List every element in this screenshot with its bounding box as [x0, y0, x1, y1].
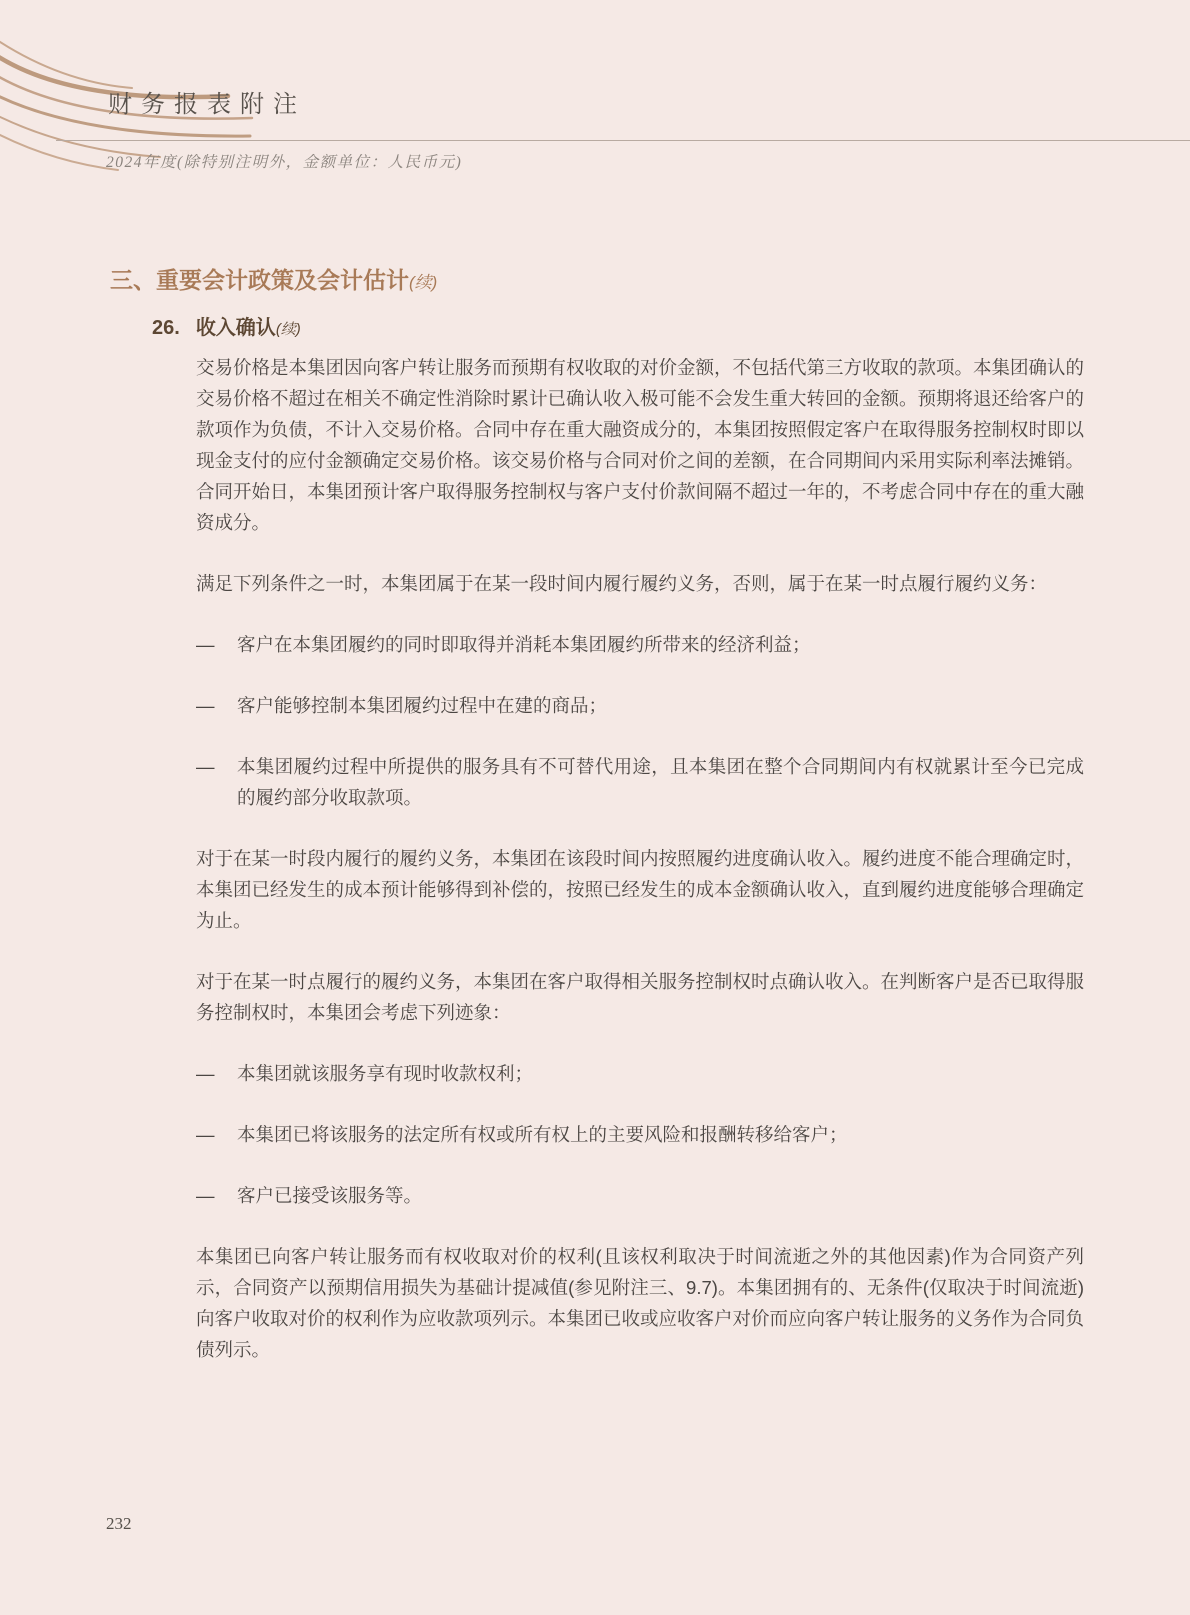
- page-title: 财务报表附注: [108, 84, 306, 119]
- subsection-number: 26.: [152, 317, 180, 339]
- list-item: — 本集团已将该服务的法定所有权或所有权上的主要风险和报酬转移给客户；: [196, 1119, 1084, 1150]
- list-item-text: 本集团履约过程中所提供的服务具有不可替代用途，且本集团在整个合同期间内有权就累计…: [237, 751, 1084, 813]
- paragraph: 本集团已向客户转让服务而有权收取对价的权利(且该权利取决于时间流逝之外的其他因素…: [196, 1241, 1084, 1365]
- body-content: 交易价格是本集团因向客户转让服务而预期有权收取的对价金额，不包括代第三方收取的款…: [196, 352, 1084, 1395]
- subsection-title: 收入确认: [196, 317, 276, 339]
- bullet-dash: —: [196, 690, 237, 721]
- bullet-dash: —: [196, 1119, 237, 1150]
- paragraph: 对于在某一时段内履行的履约义务，本集团在该段时间内按照履约进度确认收入。履约进度…: [196, 843, 1084, 936]
- bullet-dash: —: [196, 751, 237, 813]
- list-item-text: 本集团就该服务享有现时收款权利；: [237, 1058, 1084, 1089]
- bullet-dash: —: [196, 629, 237, 660]
- list-item: — 本集团履约过程中所提供的服务具有不可替代用途，且本集团在整个合同期间内有权就…: [196, 751, 1084, 813]
- section-title: 三、重要会计政策及会计估计: [110, 267, 409, 293]
- subsection-heading: 26.收入确认(续): [152, 311, 301, 340]
- list-item-text: 客户已接受该服务等。: [237, 1180, 1084, 1211]
- paragraph: 交易价格是本集团因向客户转让服务而预期有权收取的对价金额，不包括代第三方收取的款…: [196, 352, 1084, 538]
- bullet-dash: —: [196, 1180, 237, 1211]
- subsection-continued-suffix: (续): [276, 321, 301, 338]
- list-item-text: 客户在本集团履约的同时即取得并消耗本集团履约所带来的经济利益；: [237, 629, 1084, 660]
- list-item-text: 本集团已将该服务的法定所有权或所有权上的主要风险和报酬转移给客户；: [237, 1119, 1084, 1150]
- list-item: — 客户能够控制本集团履约过程中在建的商品；: [196, 690, 1084, 721]
- header-divider: [56, 140, 1190, 141]
- list-item: — 客户在本集团履约的同时即取得并消耗本集团履约所带来的经济利益；: [196, 629, 1084, 660]
- bullet-dash: —: [196, 1058, 237, 1089]
- paragraph: 对于在某一时点履行的履约义务，本集团在客户取得相关服务控制权时点确认收入。在判断…: [196, 966, 1084, 1028]
- list-item: — 本集团就该服务享有现时收款权利；: [196, 1058, 1084, 1089]
- document-page: { "header": { "title": "财务报表附注", "subtit…: [0, 0, 1190, 1615]
- list-item-text: 客户能够控制本集团履约过程中在建的商品；: [237, 690, 1084, 721]
- list-item: — 客户已接受该服务等。: [196, 1180, 1084, 1211]
- section-continued-suffix: (续): [409, 273, 437, 292]
- report-period-subtitle: 2024年度(除特别注明外，金额单位：人民币元): [106, 150, 462, 172]
- paragraph: 满足下列条件之一时，本集团属于在某一段时间内履行履约义务，否则，属于在某一时点履…: [196, 568, 1084, 599]
- page-number: 232: [106, 1514, 132, 1534]
- section-heading: 三、重要会计政策及会计估计(续): [110, 262, 437, 295]
